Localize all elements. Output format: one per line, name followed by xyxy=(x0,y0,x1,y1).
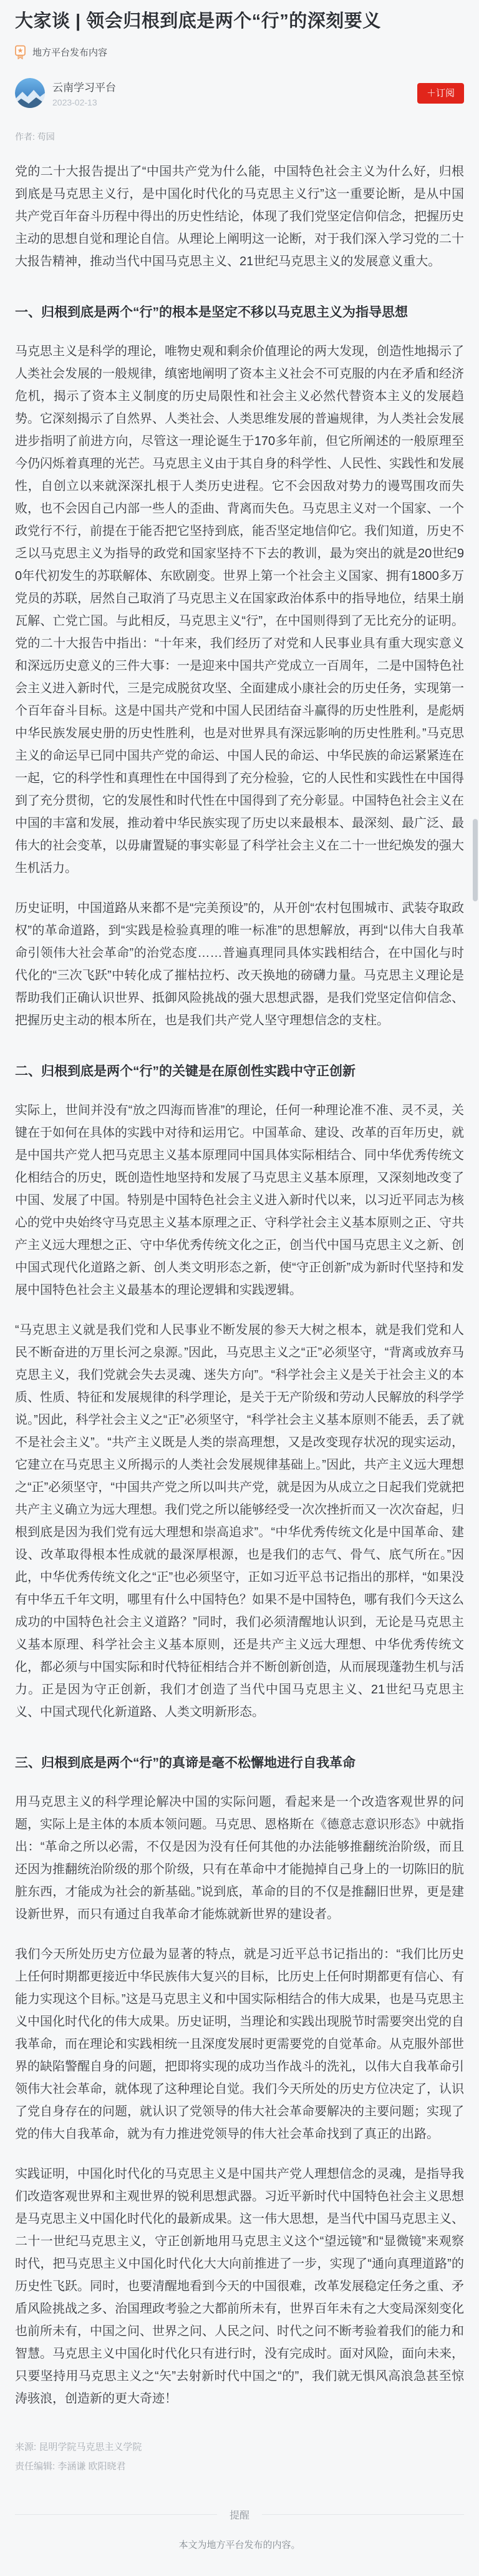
publisher-meta: 云南学习平台 2023-02-13 xyxy=(52,79,417,107)
section-3-paragraph-2: 我们今天所处历史方位最为显著的特点，就是习近平总书记指出的：“我们比历史上任何时… xyxy=(15,1943,464,2145)
section-3-heading: 三、归根到底是两个“行”的真谛是毫不松懈地进行自我革命 xyxy=(15,1753,464,1773)
notice-divider: 提醒 xyxy=(15,2507,464,2522)
article-header: 大家谈 | 领会归根到底是两个“行”的深刻要义 地方平台发布内容 xyxy=(15,9,464,143)
content-badge: 地方平台发布内容 xyxy=(15,45,464,59)
publisher-name[interactable]: 云南学习平台 xyxy=(52,79,417,94)
subscribe-button[interactable]: ＋订阅 xyxy=(417,83,464,104)
notice-body: 本文为地方平台发布的内容。 xyxy=(15,2538,464,2551)
publisher-avatar[interactable] xyxy=(15,78,45,108)
section-3-paragraph-1: 用马克思主义的科学理论解决中国的实际问题，看起来是一个改造客观世界的问题，实际上… xyxy=(15,1791,464,1926)
section-2-paragraph-1: 实际上，世间并没有“放之四海而皆准”的理论，任何一种理论准不准、灵不灵，关键在于… xyxy=(15,1099,464,1301)
editor-line: 责任编辑: 李涵谦 欧阳晓君 xyxy=(15,2457,464,2476)
page-title: 大家谈 | 领会归根到底是两个“行”的深刻要义 xyxy=(15,9,464,34)
author-line: 作者: 苟园 xyxy=(15,130,464,143)
publisher-row: 云南学习平台 2023-02-13 ＋订阅 xyxy=(15,78,464,108)
scrollbar-thumb[interactable] xyxy=(473,819,478,901)
section-1-paragraph-1: 马克思主义是科学的理论，唯物史观和剩余价值理论的两大发现，创造性地揭示了人类社会… xyxy=(15,340,464,879)
publish-date: 2023-02-13 xyxy=(52,97,417,107)
section-2-heading: 二、归根到底是两个“行”的关键是在原创性实践中守正创新 xyxy=(15,1062,464,1082)
divider-line-right xyxy=(262,2514,464,2515)
section-3-paragraph-3: 实践证明，中国化时代化的马克思主义是中国共产党人理想信念的灵魂，是指导我们改造客… xyxy=(15,2163,464,2410)
badge-label: 地方平台发布内容 xyxy=(32,46,107,59)
divider-line-left xyxy=(15,2514,217,2515)
medal-icon xyxy=(15,45,27,59)
section-2-paragraph-2: “马克思主义就是我们党和人民事业不断发展的参天大树之根本，就是我们党和人民不断奋… xyxy=(15,1319,464,1723)
article-page: 大家谈 | 领会归根到底是两个“行”的深刻要义 地方平台发布内容 xyxy=(0,0,479,2576)
source-line: 来源: 昆明学院马克思主义学院 xyxy=(15,2437,464,2457)
section-1-heading: 一、归根到底是两个“行”的根本是坚定不移以马克思主义为指导思想 xyxy=(15,303,464,323)
article-footer: 来源: 昆明学院马克思主义学院 责任编辑: 李涵谦 欧阳晓君 提醒 本文为地方平… xyxy=(15,2437,464,2551)
article-body: 党的二十大报告提出了“中国共产党为什么能，中国特色社会主义为什么好，归根到底是马… xyxy=(15,160,464,2410)
section-1-paragraph-2: 历史证明，中国道路从来都不是“完美预设”的，从开创“农村包围城市、武装夺取政权”… xyxy=(15,897,464,1032)
intro-paragraph: 党的二十大报告提出了“中国共产党为什么能，中国特色社会主义为什么好，归根到底是马… xyxy=(15,160,464,273)
notice-title: 提醒 xyxy=(230,2507,249,2522)
